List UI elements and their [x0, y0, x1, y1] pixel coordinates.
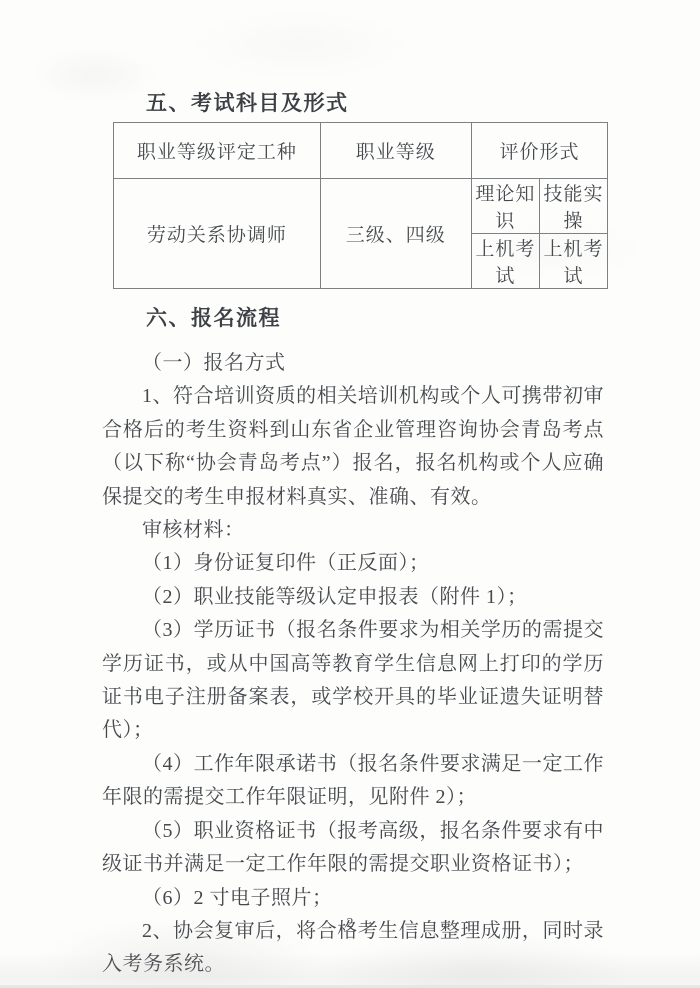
table-cell-skill-method: 上机考试	[539, 234, 607, 289]
table-header-row: 职业等级评定工种 职业等级 评价形式	[114, 123, 608, 179]
scanned-document-page: { "exam_section": { "heading": "五、考试科目及形…	[0, 0, 700, 988]
signup-body-text: （一）报名方式 1、符合培训资质的相关培训机构或个人可携带初审合格后的考生资料到…	[102, 347, 604, 982]
table-cell-levels: 三级、四级	[320, 179, 471, 289]
signup-subheading: （一）报名方式	[102, 347, 604, 380]
table-header-evaluation-format: 评价形式	[471, 123, 607, 179]
paragraph: （1）身份证复印件（正反面）；	[102, 547, 604, 580]
paragraph: （5）职业资格证书（报考高级，报名条件要求有中级证书并满足一定工作年限的需提交职…	[102, 815, 604, 882]
section-heading-signup-process: 六、报名流程	[146, 307, 604, 330]
table-cell-occupation: 劳动关系协调师	[114, 179, 321, 289]
document-content: 五、考试科目及形式 职业等级评定工种 职业等级 评价形式 劳动关系协调师 三级、…	[102, 0, 604, 982]
section-heading-exam-subjects: 五、考试科目及形式	[146, 92, 604, 115]
table-row: 劳动关系协调师 三级、四级 理论知识 技能实操	[114, 179, 608, 234]
exam-format-table: 职业等级评定工种 职业等级 评价形式 劳动关系协调师 三级、四级 理论知识 技能…	[113, 122, 608, 289]
page-number: 2	[0, 916, 700, 932]
paragraph: （6）2 寸电子照片；	[102, 882, 604, 915]
table-cell-theory-method: 上机考试	[471, 234, 539, 289]
table-cell-theory-label: 理论知识	[471, 179, 539, 234]
paragraph: （3）学历证书（报名条件要求为相关学历的需提交学历证书，或从中国高等教育学生信息…	[102, 614, 604, 748]
table-header-occupation-type: 职业等级评定工种	[114, 123, 321, 179]
paragraph: 1、符合培训资质的相关培训机构或个人可携带初审合格后的考生资料到山东省企业管理咨…	[102, 380, 604, 514]
paragraph: 审核材料：	[102, 514, 604, 547]
table-cell-skill-label: 技能实操	[539, 179, 607, 234]
paragraph: （2）职业技能等级认定申报表（附件 1）；	[102, 581, 604, 614]
table-header-occupation-level: 职业等级	[320, 123, 471, 179]
paragraph: （4）工作年限承诺书（报名条件要求满足一定工作年限的需提交工作年限证明，见附件 …	[102, 748, 604, 815]
